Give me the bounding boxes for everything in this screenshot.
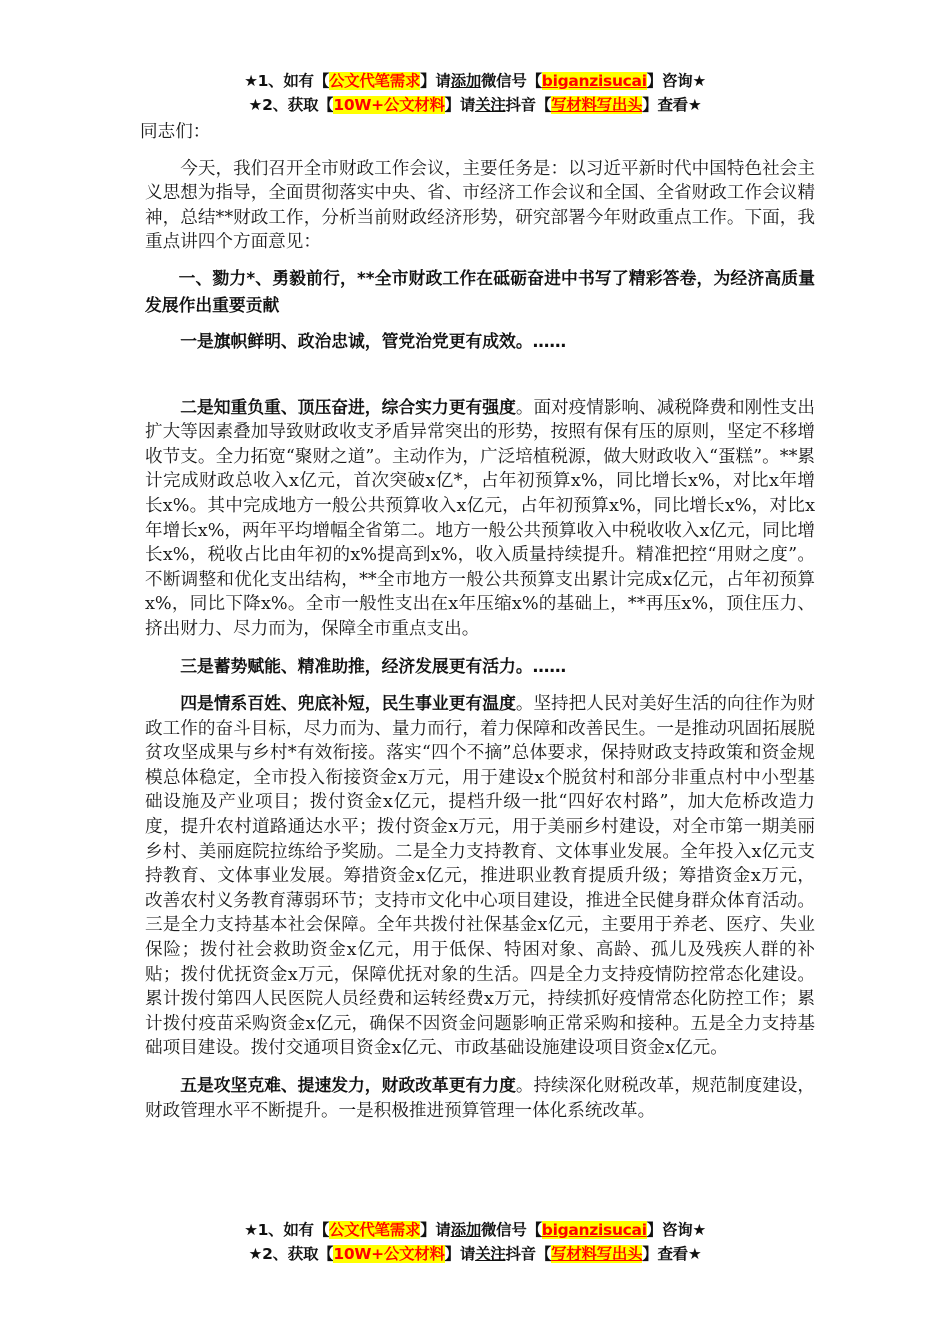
- point-3-lead: 三是蓄势赋能、精准助推，经济发展更有活力。……: [180, 656, 566, 676]
- intro-paragraph: 今天，我们召开全市财政工作会议，主要任务是：以习近平新时代中国特色社会主义思想为…: [145, 157, 815, 255]
- promo-text: 抖音【: [505, 96, 551, 114]
- promo-highlight-materials: 10W+公文材料: [333, 1245, 444, 1263]
- salutation: 同志们：: [140, 120, 815, 145]
- promo-text: ★1、如有【: [244, 72, 329, 90]
- point-4: 四是情系百姓、兜底补短，民生事业更有温度。坚持把人民对美好生活的向往作为财政工作…: [145, 691, 815, 1061]
- promo-text: ★2、获取【: [249, 1245, 334, 1263]
- promo-underlined-follow: 关注: [475, 96, 505, 114]
- promo-underlined-follow: 关注: [475, 1245, 505, 1263]
- promo-text: 】查看★: [642, 96, 701, 114]
- promo-line-1: ★1、如有【公文代笔需求】请添加微信号【biganzisucai】咨询★: [140, 1218, 810, 1242]
- promo-douyin-account: 写材料写出头: [551, 96, 642, 114]
- promo-line-2: ★2、获取【10W+公文材料】请关注抖音【写材料写出头】查看★: [140, 93, 810, 117]
- section-heading-1: 一、勠力*、勇毅前行，**全市财政工作在砥砺奋进中书写了精彩答卷，为经济高质量发…: [145, 265, 815, 319]
- promo-text: 】咨询★: [647, 72, 706, 90]
- document-body: 同志们： 今天，我们召开全市财政工作会议，主要任务是：以习近平新时代中国特色社会…: [145, 120, 815, 1123]
- promo-text: 抖音【: [505, 1245, 551, 1263]
- promo-underlined-add: 添加: [451, 72, 481, 90]
- promo-text: ★1、如有【: [244, 1221, 329, 1239]
- promo-douyin-account: 写材料写出头: [551, 1245, 642, 1263]
- point-5-lead: 五是攻坚克难、提速发力，财政改革更有力度: [180, 1075, 516, 1095]
- promo-text: ★2、获取【: [249, 96, 334, 114]
- point-4-text: 。坚持把人民对美好生活的向往作为财政工作的奋斗目标，尽力而为、量力而行，着力保障…: [145, 694, 815, 1058]
- promo-wechat-id: biganzisucai: [542, 72, 647, 90]
- promo-text: 微信号【: [481, 72, 542, 90]
- point-2-lead: 二是知重负重、顶压奋进，综合实力更有强度: [180, 397, 516, 417]
- point-1-lead: 一是旗帜鲜明、政治忠诚，管党治党更有成效。……: [180, 331, 566, 351]
- promo-underlined-add: 添加: [451, 1221, 481, 1239]
- point-4-lead: 四是情系百姓、兜底补短，民生事业更有温度: [180, 693, 516, 713]
- point-1: 一是旗帜鲜明、政治忠诚，管党治党更有成效。……: [145, 329, 815, 355]
- promo-text: 】咨询★: [647, 1221, 706, 1239]
- point-5: 五是攻坚克难、提速发力，财政改革更有力度。持续深化财税改革，规范制度建设，财政管…: [145, 1073, 815, 1123]
- promo-text: 】请: [445, 96, 475, 114]
- promo-highlight-ghostwriting: 公文代笔需求: [329, 72, 420, 90]
- promo-banner-top: ★1、如有【公文代笔需求】请添加微信号【biganzisucai】咨询★ ★2、…: [140, 69, 810, 117]
- promo-text: 】请: [420, 72, 450, 90]
- promo-text: 】请: [420, 1221, 450, 1239]
- promo-highlight-ghostwriting: 公文代笔需求: [329, 1221, 420, 1239]
- point-2: 二是知重负重、顶压奋进，综合实力更有强度。面对疫情影响、减税降费和刚性支出扩大等…: [145, 395, 815, 642]
- promo-text: 】请: [445, 1245, 475, 1263]
- point-2-text: 。面对疫情影响、减税降费和刚性支出扩大等因素叠加导致财政收支矛盾异常突出的形势，…: [145, 398, 815, 639]
- promo-text: 】查看★: [642, 1245, 701, 1263]
- promo-line-1: ★1、如有【公文代笔需求】请添加微信号【biganzisucai】咨询★: [140, 69, 810, 93]
- document-page: ★1、如有【公文代笔需求】请添加微信号【biganzisucai】咨询★ ★2、…: [0, 0, 950, 1344]
- promo-text: 微信号【: [481, 1221, 542, 1239]
- promo-highlight-materials: 10W+公文材料: [333, 96, 444, 114]
- promo-line-2: ★2、获取【10W+公文材料】请关注抖音【写材料写出头】查看★: [140, 1242, 810, 1266]
- promo-banner-bottom: ★1、如有【公文代笔需求】请添加微信号【biganzisucai】咨询★ ★2、…: [140, 1218, 810, 1266]
- point-3: 三是蓄势赋能、精准助推，经济发展更有活力。……: [145, 654, 815, 680]
- promo-wechat-id: biganzisucai: [542, 1221, 647, 1239]
